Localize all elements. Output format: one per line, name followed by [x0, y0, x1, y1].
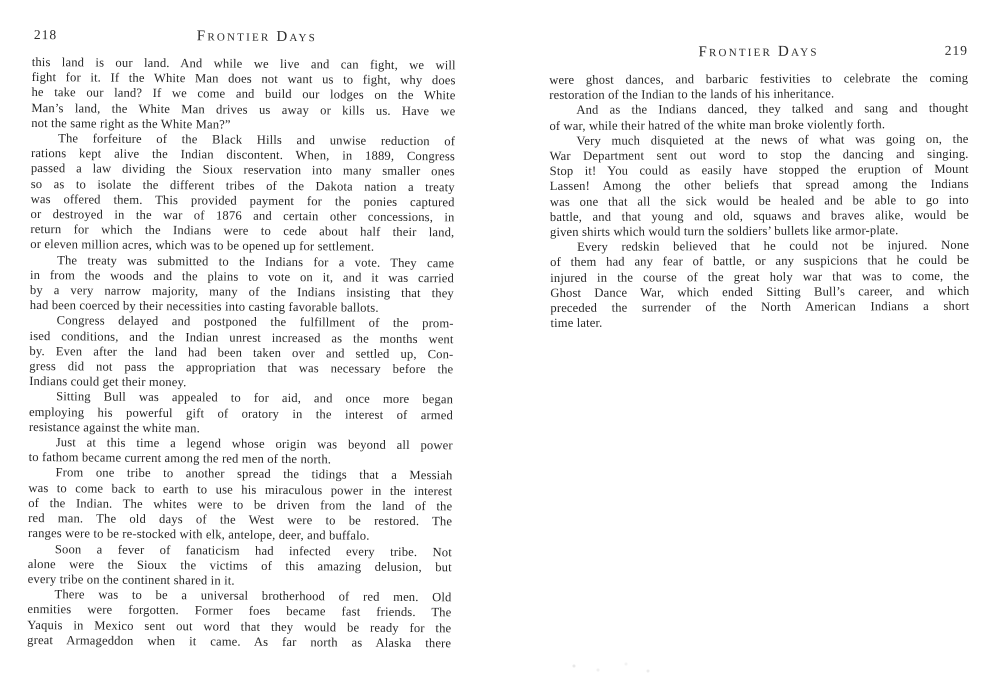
paragraph: Congress delayed and postponed the fulfi… [29, 313, 454, 392]
text-line: And as the Indians danced, they talked a… [549, 101, 968, 118]
scan-artifact [568, 660, 658, 674]
paragraph: Soon a fever of fanaticism had infected … [28, 541, 452, 590]
page-number: 219 [945, 43, 968, 59]
paragraph: From one tribe to another spread the tid… [28, 465, 453, 544]
paragraph: There was to be a universal brotherhood … [27, 587, 451, 651]
paragraph: Sitting Bull was appealed to for aid, an… [29, 389, 453, 438]
page-header: 218 Frontier Days [32, 27, 456, 58]
paragraph: Every redskin believed that he could not… [550, 238, 969, 331]
text-line: great Armageddon when it came. As far no… [27, 633, 451, 652]
page-218: 218 Frontier Days this land is our land.… [27, 27, 456, 651]
text-line: preceded the surrender of the North Amer… [550, 299, 969, 316]
page-219: Frontier Days 219 were ghost dances, and… [549, 43, 969, 332]
text-line: time later. [550, 314, 969, 331]
page-body: were ghost dances, and barbaric festivit… [549, 71, 969, 332]
running-head: Frontier Days [45, 27, 469, 47]
text-line: battle, and that young and old, squaws a… [550, 208, 969, 225]
text-line: of them had any fear of battle, or any s… [550, 253, 969, 270]
paragraph: The forfeiture of the Black Hills and un… [30, 131, 455, 256]
page-body: this land is our land. And while we live… [27, 55, 456, 651]
text-line: Lassen! Among the other beliefs that spr… [550, 177, 969, 194]
paragraph: Just at this time a legend whose origin … [29, 435, 453, 469]
text-line: were ghost dances, and barbaric festivit… [549, 71, 968, 88]
paragraph: The treaty was submitted to the Indians … [30, 253, 454, 317]
running-head: Frontier Days [549, 43, 968, 62]
paragraph: were ghost dances, and barbaric festivit… [549, 71, 968, 104]
paragraph: And as the Indians danced, they talked a… [549, 101, 968, 134]
paragraph: this land is our land. And while we live… [31, 55, 456, 134]
paragraph: Very much disquieted at the news of what… [549, 132, 969, 241]
page-header: Frontier Days 219 [549, 43, 968, 73]
